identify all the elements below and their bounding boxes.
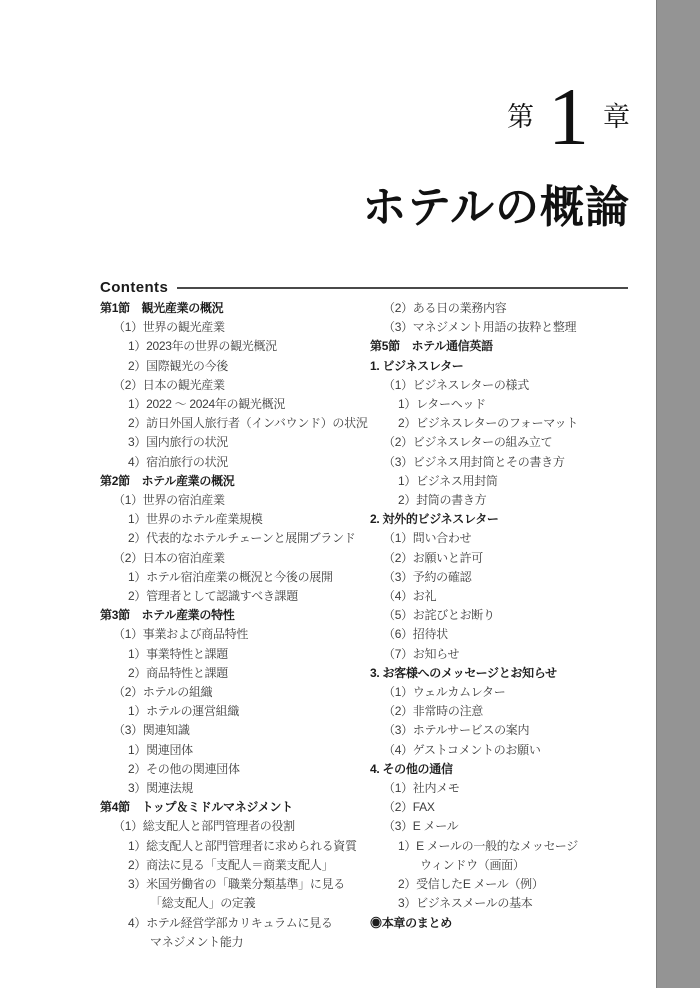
toc-entry: （4）ゲストコメントのお願い <box>370 741 645 760</box>
toc-entry: ◉本章のまとめ <box>370 914 645 933</box>
chapter-number-digit: 1 <box>548 83 589 150</box>
toc-entry: （2）FAX <box>370 798 645 817</box>
toc-entry: （3）E メール <box>370 817 645 836</box>
toc-entry: （6）招待状 <box>370 625 645 644</box>
toc-entry: 2）受信したE メール（例） <box>370 875 645 894</box>
toc-entry: 1）関連団体 <box>100 741 365 760</box>
toc-entry: 2）管理者として認識すべき課題 <box>100 587 365 606</box>
toc-entry: 1）レターヘッド <box>370 395 645 414</box>
toc-entry: 2）国際観光の今後 <box>100 357 365 376</box>
toc-entry: 第4節 トップ＆ミドルマネジメント <box>100 798 365 817</box>
toc-entry: （2）非常時の注意 <box>370 702 645 721</box>
toc-entry: （7）お知らせ <box>370 645 645 664</box>
toc-entry: （1）社内メモ <box>370 779 645 798</box>
toc-entry: （1）事業および商品特性 <box>100 625 365 644</box>
toc-entry: 4）ホテル経営学部カリキュラムに見る <box>100 914 365 933</box>
toc-entry: 2）商法に見る「支配人＝商業支配人」 <box>100 856 365 875</box>
toc-entry: 1）世界のホテル産業規模 <box>100 510 365 529</box>
toc-entry: 1）総支配人と部門管理者に求められる資質 <box>100 837 365 856</box>
toc-entry: （4）お礼 <box>370 587 645 606</box>
toc-entry: 3）国内旅行の状況 <box>100 433 365 452</box>
toc-entry: 2）ビジネスレターのフォーマット <box>370 414 645 433</box>
toc-column-left: 第1節 観光産業の概況（1）世界の観光産業1）2023年の世界の観光概況2）国際… <box>100 299 365 952</box>
toc-entry: （2）ビジネスレターの組み立て <box>370 433 645 452</box>
toc-entry: 3）関連法規 <box>100 779 365 798</box>
toc-entry: （2）ホテルの組織 <box>100 683 365 702</box>
toc-entry: 3. お客様へのメッセージとお知らせ <box>370 664 645 683</box>
toc-entry: 第1節 観光産業の概況 <box>100 299 365 318</box>
toc-entry: （2）ある日の業務内容 <box>370 299 645 318</box>
toc-entry: （3）ビジネス用封筒とその書き方 <box>370 453 645 472</box>
toc-entry: （2）日本の観光産業 <box>100 376 365 395</box>
toc-entry: （1）ビジネスレターの様式 <box>370 376 645 395</box>
contents-rule-line <box>177 287 628 289</box>
toc-entry: 4. その他の通信 <box>370 760 645 779</box>
toc-entry: （5）お詫びとお断り <box>370 606 645 625</box>
toc-entry: 第5節 ホテル通信英語 <box>370 337 645 356</box>
toc-entry: 1）2023年の世界の観光概況 <box>100 337 365 356</box>
toc-entry: （2）お願いと許可 <box>370 549 645 568</box>
toc-entry: 「総支配人」の定義 <box>100 894 365 913</box>
toc-entry: （1）ウェルカムレター <box>370 683 645 702</box>
chapter-title: ホテルの概論 <box>362 182 630 235</box>
toc-entry: 4）宿泊旅行の状況 <box>100 453 365 472</box>
contents-header: Contents <box>100 280 628 295</box>
toc-entry: （2）日本の宿泊産業 <box>100 549 365 568</box>
toc-entry: 1）ビジネス用封筒 <box>370 472 645 491</box>
table-of-contents: 第1節 観光産業の概況（1）世界の観光産業1）2023年の世界の観光概況2）国際… <box>100 299 645 952</box>
toc-entry: 1）ホテルの運営組織 <box>100 702 365 721</box>
toc-entry: （3）関連知識 <box>100 721 365 740</box>
toc-entry: 2）訪日外国人旅行者（インバウンド）の状況 <box>100 414 365 433</box>
page-edge-bar <box>656 0 700 988</box>
toc-entry: 2）封筒の書き方 <box>370 491 645 510</box>
book-page: 第 1 章 ホテルの概論 Contents 第1節 観光産業の概況（1）世界の観… <box>0 0 700 988</box>
toc-entry: 3）米国労働省の「職業分類基準」に見る <box>100 875 365 894</box>
toc-entry: （1）問い合わせ <box>370 529 645 548</box>
toc-entry: 1）ホテル宿泊産業の概況と今後の展開 <box>100 568 365 587</box>
toc-entry: 1）事業特性と課題 <box>100 645 365 664</box>
toc-entry: 2）その他の関連団体 <box>100 760 365 779</box>
toc-entry: 2）商品特性と課題 <box>100 664 365 683</box>
toc-entry: 1. ビジネスレター <box>370 357 645 376</box>
toc-entry: （1）総支配人と部門管理者の役割 <box>100 817 365 836</box>
toc-entry: （3）予約の確認 <box>370 568 645 587</box>
toc-column-right: （2）ある日の業務内容（3）マネジメント用語の抜粋と整理第5節 ホテル通信英語1… <box>370 299 645 952</box>
toc-entry: 1）E メールの一般的なメッセージ <box>370 837 645 856</box>
chapter-number: 第 1 章 <box>507 84 630 151</box>
toc-entry: （1）世界の観光産業 <box>100 318 365 337</box>
chapter-suffix: 章 <box>603 104 630 131</box>
toc-entry: 2）代表的なホテルチェーンと展開ブランド <box>100 529 365 548</box>
contents-label: Contents <box>100 280 168 295</box>
chapter-prefix: 第 <box>507 104 534 131</box>
toc-entry: （3）ホテルサービスの案内 <box>370 721 645 740</box>
toc-entry: （1）世界の宿泊産業 <box>100 491 365 510</box>
toc-entry: 2. 対外的ビジネスレター <box>370 510 645 529</box>
toc-entry: 第3節 ホテル産業の特性 <box>100 606 365 625</box>
toc-entry: ウィンドウ（画面） <box>370 856 645 875</box>
toc-entry: 1）2022 ～ 2024年の観光概況 <box>100 395 365 414</box>
toc-entry: 第2節 ホテル産業の概況 <box>100 472 365 491</box>
toc-entry: マネジメント能力 <box>100 933 365 952</box>
toc-entry: （3）マネジメント用語の抜粋と整理 <box>370 318 645 337</box>
toc-entry: 3）ビジネスメールの基本 <box>370 894 645 913</box>
